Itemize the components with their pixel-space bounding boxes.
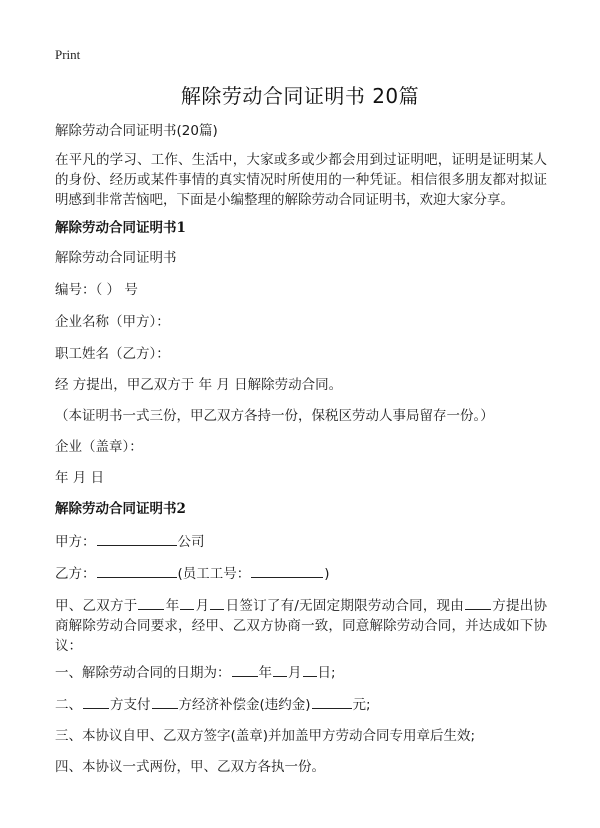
agreement-text-2: 日签订了有/无固定期限劳动合同，现由 [225, 598, 464, 614]
agreement-month: 月 [195, 598, 209, 614]
party-blank [465, 595, 491, 610]
party-a-suffix: 公司 [178, 534, 205, 550]
agreement-text: 甲、乙双方于 [55, 598, 137, 614]
termination-statement: 经 方提出，甲乙双方于 年 月 日解除劳动合同。 [55, 375, 550, 395]
clause-2-payee-blank [152, 694, 178, 709]
party-b-label: 乙方： [55, 566, 96, 582]
section-heading-2: 解除劳动合同证明书2 [55, 499, 550, 519]
certificate-title: 解除劳动合同证明书 [55, 248, 550, 268]
party-b-close: ) [324, 566, 329, 582]
year-blank [138, 595, 164, 610]
clause-1-year: 年 [259, 665, 273, 681]
clause-1-month-blank [273, 662, 287, 677]
clause-2-amount-blank [312, 694, 352, 709]
employee-id-blank [251, 563, 323, 578]
clause-1: 一、解除劳动合同的日期为：年月日; [55, 662, 550, 683]
clause-1-year-blank [232, 662, 258, 677]
document-subtitle: 解除劳动合同证明书(20篇) [55, 121, 550, 141]
print-link[interactable]: Print [55, 47, 80, 63]
company-name-field: 企业名称（甲方）： [55, 312, 550, 332]
employee-name-field: 职工姓名（乙方）： [55, 344, 550, 364]
agreement-year: 年 [165, 598, 179, 614]
day-blank [210, 595, 224, 610]
date-field: 年 月 日 [55, 468, 550, 488]
intro-paragraph: 在平凡的学习、工作、生活中，大家或多或少都会用到过证明吧，证明是证明某人的身份、… [55, 150, 547, 210]
copies-note: （本证明书一式三份，甲乙双方各持一份，保税区劳动人事局留存一份。） [55, 406, 550, 426]
month-blank [180, 595, 194, 610]
company-seal-field: 企业（盖章）： [55, 437, 550, 457]
clause-2-prefix: 二、 [55, 697, 82, 713]
clause-1-text: 一、解除劳动合同的日期为： [55, 665, 231, 681]
clause-2-compensation: 方经济补偿金(违约金) [179, 697, 311, 713]
party-b-line: 乙方：(员工工号：) [55, 563, 550, 584]
party-a-line: 甲方：公司 [55, 531, 550, 552]
clause-1-day-blank [303, 662, 317, 677]
clause-2-pay: 方支付 [110, 697, 151, 713]
agreement-paragraph: 甲、乙双方于年月日签订了有/无固定期限劳动合同，现由方提出协商解除劳动合同要求，… [55, 595, 547, 656]
party-a-blank [97, 531, 177, 546]
document-page: Print 解除劳动合同证明书 20篇 解除劳动合同证明书(20篇) 在平凡的学… [0, 0, 600, 828]
clause-3: 三、本协议自甲、乙双方签字(盖章)并加盖甲方劳动合同专用章后生效; [55, 726, 550, 746]
employee-id-label: (员工工号： [178, 566, 251, 582]
party-a-label: 甲方： [55, 534, 96, 550]
party-b-blank [97, 563, 177, 578]
clause-2: 二、方支付方经济补偿金(违约金)元; [55, 694, 550, 715]
clause-1-month: 月 [288, 665, 302, 681]
page-title: 解除劳动合同证明书 20篇 [0, 80, 600, 109]
section-heading-1: 解除劳动合同证明书1 [55, 218, 550, 238]
certificate-number: 编号：（ ） 号 [55, 280, 550, 300]
clause-2-payer-blank [83, 694, 109, 709]
clause-2-unit: 元; [353, 697, 371, 713]
clause-1-day: 日; [318, 665, 336, 681]
clause-4: 四、本协议一式两份，甲、乙双方各执一份。 [55, 757, 550, 777]
